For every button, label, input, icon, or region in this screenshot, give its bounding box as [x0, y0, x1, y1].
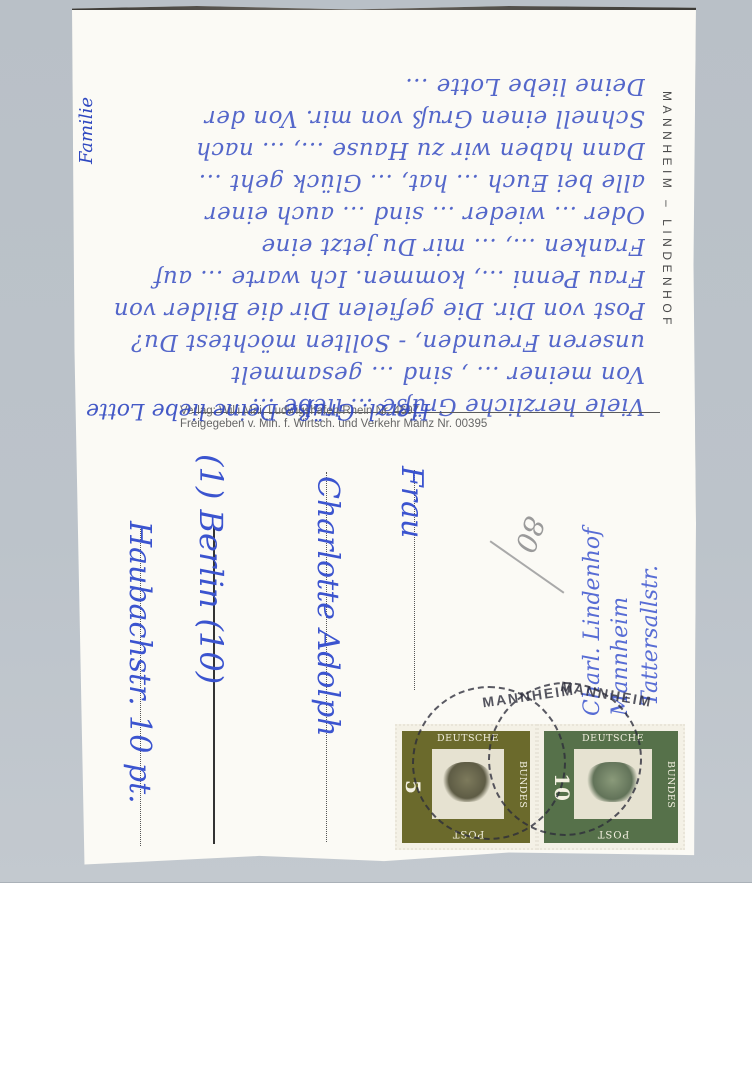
sender-note: Charl. Lindenhof — [580, 416, 605, 716]
address-name: Charlotte Adolph — [310, 476, 345, 766]
sender-line: Tattersallstr. — [638, 565, 663, 706]
address-city: (1) Berlin (10) — [192, 454, 230, 734]
side-greeting: Familie — [76, 14, 106, 164]
location-label: MANNHEIM – LINDENHOF — [650, 91, 674, 381]
message-line: Post von Dir. Die gefielen Dir die Bilde… — [80, 294, 645, 326]
message-line: Franken ..., ... mir Du jetzt eine — [80, 230, 645, 262]
message-line: Dann haben wir zu Hause ..., ... nach — [80, 134, 645, 166]
handwritten-message: Viele herzliche Grüße ... liebe ... Von … — [80, 12, 645, 432]
address-street: Haubachstr. 10 pt. — [122, 521, 157, 821]
message-line: Schnell einen Gruß von mir. Von der — [80, 102, 645, 134]
address-salutation: Frau — [394, 466, 429, 586]
signoff: Herzl. Grüße Deine liebe Lotte — [86, 398, 430, 423]
message-line: Frau Penni ..., kommen. Ich warte ... au… — [80, 262, 645, 294]
pencil-note: 80 — [508, 512, 551, 557]
message-line: Von meiner ... , sind ... gesammelt — [80, 358, 645, 390]
sender-note: Mannheim — [608, 436, 633, 716]
message-line: unseren Freunden, - Sollten möchtest Du? — [80, 326, 645, 358]
sender-note: Tattersallstr. — [638, 476, 663, 706]
message-line: Oder ... wieder ... sind ... auch einer — [80, 198, 645, 230]
stamp-country: BUNDES — [665, 751, 676, 819]
message-line: Deine liebe Lotte ... — [80, 70, 645, 102]
message-line: alle bei Euch ... hat, ... Glück geht ..… — [80, 166, 645, 198]
